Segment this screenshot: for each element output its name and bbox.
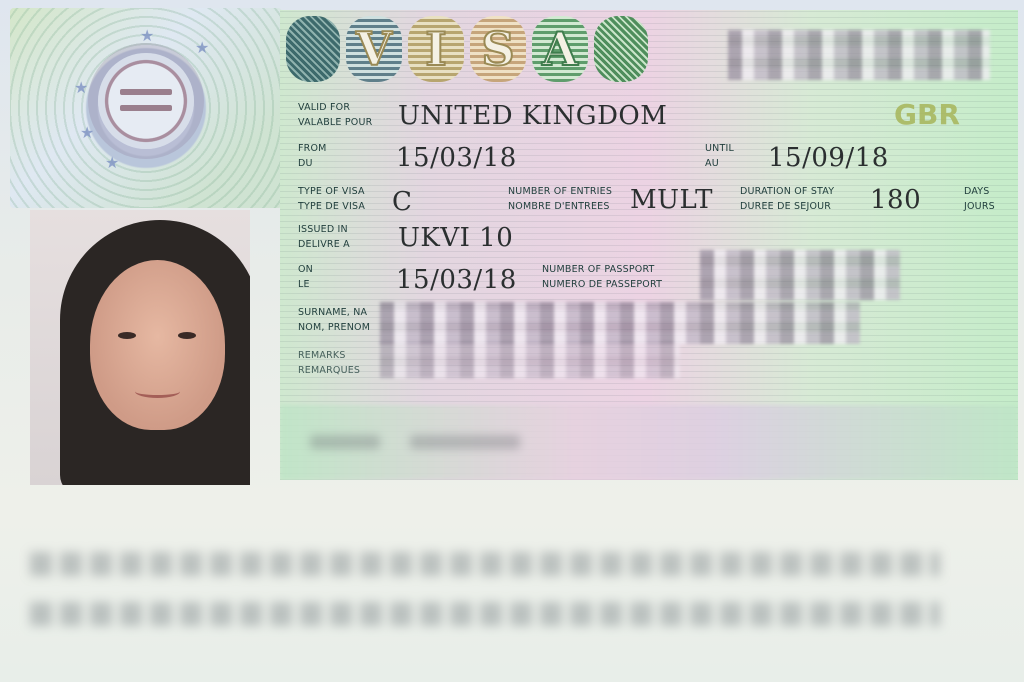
star-icon: ★ [195,38,209,57]
mrz-line [30,552,940,576]
number-of-entries-value: MULT [630,186,713,214]
visa-header-letter: A [532,16,588,82]
visa-sticker: V I S A GBR VALID FORVALABLE POUR UNITED… [280,10,1018,480]
holder-photo [30,210,250,485]
until-label: UNTILAU [705,141,734,171]
visa-header-letter: S [470,16,526,82]
issued-in-value: UKVI 10 [398,224,513,252]
from-label: FROMDU [298,141,327,171]
duration-of-stay-value: 180 [870,186,921,214]
redacted-passport-number [700,250,900,300]
visa-header-letter: I [408,16,464,82]
guilloche-block [594,16,648,82]
number-of-entries-label: NUMBER OF ENTRIESNOMBRE D'ENTREES [508,184,612,214]
star-icon: ★ [105,153,119,172]
on-label: ONLE [298,262,313,292]
valid-for-label: VALID FORVALABLE POUR [298,100,372,130]
issuing-state-code: GBR [894,98,960,131]
type-of-visa-value: C [392,188,412,216]
star-icon: ★ [80,123,94,142]
type-of-visa-label: TYPE OF VISATYPE DE VISA [298,184,365,214]
on-value: 15/03/18 [396,266,517,294]
redacted-name [380,302,860,344]
machine-readable-zone [0,490,1024,682]
until-value: 15/09/18 [768,144,889,172]
star-icon: ★ [74,78,88,97]
passport-number-label: NUMBER OF PASSPORTNUMERO DE PASSEPORT [542,262,662,292]
redacted-serial-number [728,30,990,80]
guilloche-block [286,16,340,82]
name-label: SURNAME, NANOM, PRENOM [298,305,370,335]
duration-of-stay-label: DURATION OF STAYDUREE DE SEJOUR [740,184,834,214]
issued-in-label: ISSUED INDELIVRE A [298,222,350,252]
valid-for-value: UNITED KINGDOM [398,102,667,130]
visa-header-letter: V [346,16,402,82]
star-icon: ★ [140,26,154,45]
passport-page: ★ ★ ★ ★ ★ V I S A GBR VALID FORVALAB [0,0,1024,682]
redacted-remarks [380,342,680,378]
hologram-seal-icon [98,53,194,149]
from-value: 15/03/18 [396,144,517,172]
blurred-sticker-bottom [280,405,1018,480]
mrz-line [30,602,940,626]
hologram-seal-area: ★ ★ ★ ★ ★ [10,8,282,208]
visa-header-band: V I S A [286,12,726,86]
duration-unit-label: DAYSJOURS [964,184,995,214]
remarks-label: REMARKSREMARQUES [298,348,360,378]
